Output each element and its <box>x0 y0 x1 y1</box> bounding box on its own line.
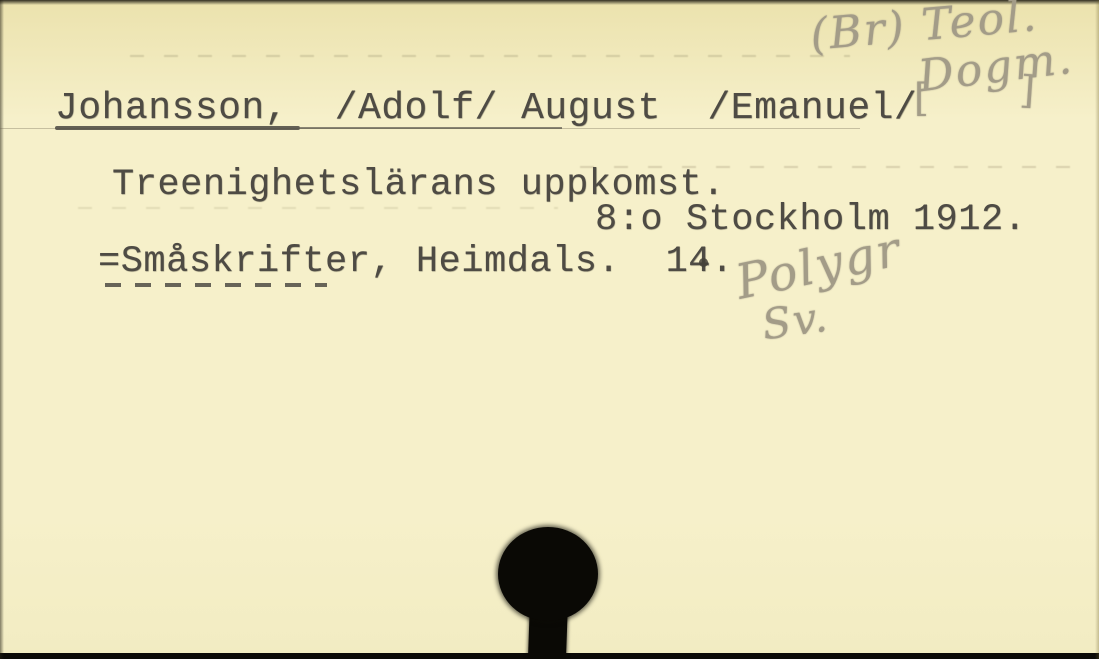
series-dashed-underline <box>105 283 327 287</box>
scan-smudge-line <box>78 207 558 209</box>
punch-hole <box>498 527 598 621</box>
heading-underline-heavy <box>55 126 300 130</box>
imprint-line: 8:o Stockholm 1912. <box>595 199 1026 241</box>
pencil-bracket-close: ] <box>1018 67 1038 112</box>
series-line: =Småskrifter, Heimdals. 14. <box>98 241 734 283</box>
catalog-card-scan: (Br) Teol. Dogm. [ ] Johansson, /Adolf/ … <box>0 0 1099 659</box>
ink-speck <box>699 258 708 267</box>
heading-underline-light <box>300 127 562 129</box>
scan-edge-left <box>0 0 4 659</box>
pencil-subject-line2: Sv. <box>759 292 832 350</box>
scan-edge-right <box>1095 0 1099 659</box>
scan-smudge-line <box>130 55 850 57</box>
heading-author-line: Johansson, /Adolf/ August /Emanuel/ <box>55 87 917 130</box>
